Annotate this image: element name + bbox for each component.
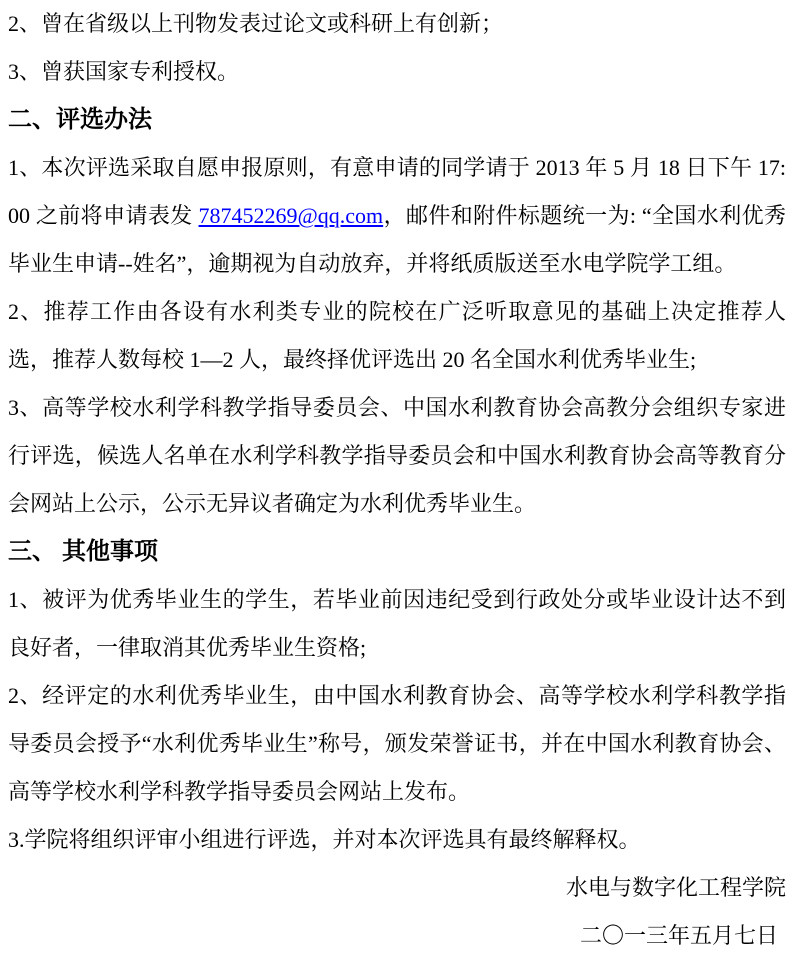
section-2-para-1: 1、本次评选采取自愿申报原则，有意申请的同学请于 2013 年 5 月 18 日… xyxy=(8,144,786,288)
section-3-para-2: 2、经评定的水利优秀毕业生，由中国水利教育协会、高等学校水利学科教学指导委员会授… xyxy=(8,672,786,816)
section-2-heading: 二、评选办法 xyxy=(8,96,786,144)
section-3-para-3: 3.学院将组织评审小组进行评选，并对本次评选具有最终解释权。 xyxy=(8,816,786,864)
signature: 水电与数字化工程学院 xyxy=(8,864,786,912)
section-2-para-2: 2、推荐工作由各设有水利类专业的院校在广泛听取意见的基础上决定推荐人选，推荐人数… xyxy=(8,288,786,384)
criteria-item-3: 3、曾获国家专利授权。 xyxy=(8,48,786,96)
section-3-heading: 三、 其他事项 xyxy=(8,528,786,576)
section-2-para-3: 3、高等学校水利学科教学指导委员会、中国水利教育协会高教分会组织专家进行评选，候… xyxy=(8,384,786,528)
section-3-para-1: 1、被评为优秀毕业生的学生，若毕业前因违纪受到行政处分或毕业设计达不到良好者，一… xyxy=(8,576,786,672)
email-link[interactable]: 787452269@qq.com xyxy=(199,203,384,228)
signature-date: 二〇一三年五月七日 xyxy=(8,912,786,960)
document-page: 2、曾在省级以上刊物发表过论文或科研上有创新； 3、曾获国家专利授权。 二、评选… xyxy=(0,0,800,975)
criteria-item-2: 2、曾在省级以上刊物发表过论文或科研上有创新； xyxy=(8,0,786,48)
